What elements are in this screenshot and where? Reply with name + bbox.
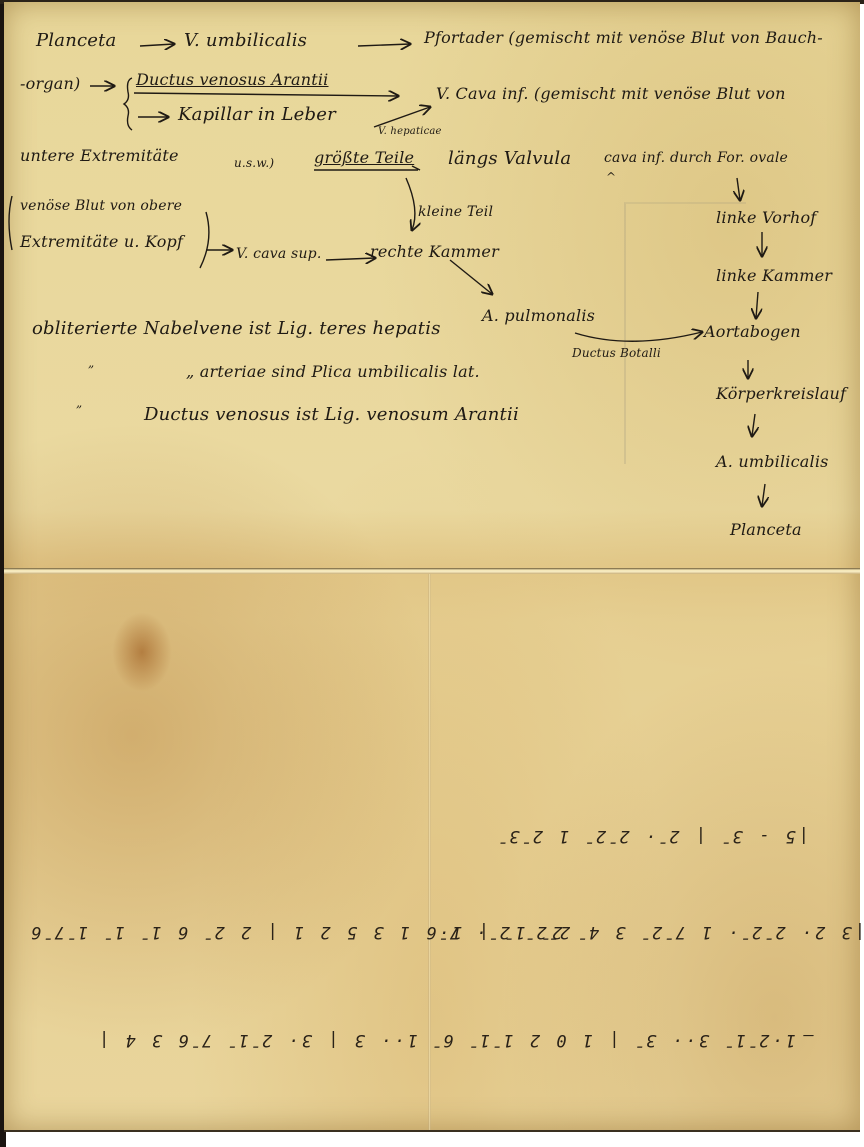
horizontal-fold-crease	[4, 568, 860, 574]
text-cava-inf-foramen-ovale: cava inf. durch For. ovale	[604, 150, 788, 166]
ditto-mark-2: „	[76, 396, 82, 410]
text-rechte-kammer: rechte Kammer	[370, 242, 499, 261]
numeric-notation-row-3-right: 1·2̄1̄ 3·· 3̄ | 1 0 2 1̄1̄ 6̄	[430, 1030, 796, 1050]
text-v-cava-inf: V. Cava inf. (gemischt mit venöse Blut v…	[436, 84, 786, 103]
rust-stain	[112, 612, 172, 692]
text-a-umbilicalis: A. umbilicalis	[716, 452, 829, 471]
text-venoese-blut-obere: venöse Blut von obere	[20, 198, 182, 214]
ditto-mark-1: „	[88, 356, 94, 370]
text-ductus-botalli: Ductus Botalli	[572, 346, 661, 360]
text-extremitaete-kopf: Extremitäte u. Kopf	[20, 232, 183, 251]
note-ligamentum-venosum: Ductus venosus ist Lig. venosum Arantii	[144, 404, 519, 425]
text-kleine-teil: kleine Teil	[418, 204, 493, 220]
numeric-notation-row-2-left: 2̄2̄ 2̄· 7̄6 1 3 5 2 1 | 2 2̄ 6 1̄ 1̄ 1̄…	[28, 922, 570, 942]
text-pfortader: Pfortader (gemischt mit venöse Blut von …	[424, 28, 823, 47]
text-groesste-teile: größte Teile	[314, 148, 414, 167]
text-planceta-start: Planceta	[36, 30, 117, 51]
text-v-hepaticae: V. hepaticae	[378, 126, 442, 137]
text-usw: u.s.w.)	[234, 156, 274, 170]
text-ductus-venosus: Ductus venosus Arantii	[136, 70, 329, 89]
note-ligamentum-teres: obliterierte Nabelvene ist Lig. teres he…	[32, 318, 441, 339]
text-v-cava-sup: V. cava sup.	[236, 246, 321, 262]
text-kapillar-in-leber: Kapillar in Leber	[178, 104, 336, 125]
insert-caret: ^	[606, 170, 616, 184]
text-planceta-end: Planceta	[730, 520, 802, 539]
numeric-notation-row-1: |5 - 3̄ | 2̄· 2̄2̄ 1 2̄3̄	[496, 826, 809, 846]
text-linke-vorhof: linke Vorhof	[716, 208, 816, 227]
numeric-notation-row-3-left: 1·· 3 | 3· 2̄1̄ 7̄6 3 4 |	[96, 1030, 418, 1050]
text-koerperkreislauf: Körperkreislauf	[716, 384, 846, 403]
text-untere-extremitaete: untere Extremitäte	[20, 146, 179, 165]
manuscript-page	[4, 2, 860, 1132]
text-a-pulmonalis: A. pulmonalis	[482, 306, 595, 325]
text-organ: -organ)	[20, 74, 80, 93]
text-laengs-valvula: längs Valvula	[448, 148, 571, 169]
note-plica-umbilicalis: „ arteriae sind Plica umbilicalis lat.	[186, 362, 480, 381]
text-aortabogen: Aortabogen	[704, 322, 801, 341]
stray-dash-mark: —	[800, 1026, 813, 1046]
text-linke-kammer: linke Kammer	[716, 266, 832, 285]
text-v-umbilicalis: V. umbilicalis	[184, 30, 307, 51]
